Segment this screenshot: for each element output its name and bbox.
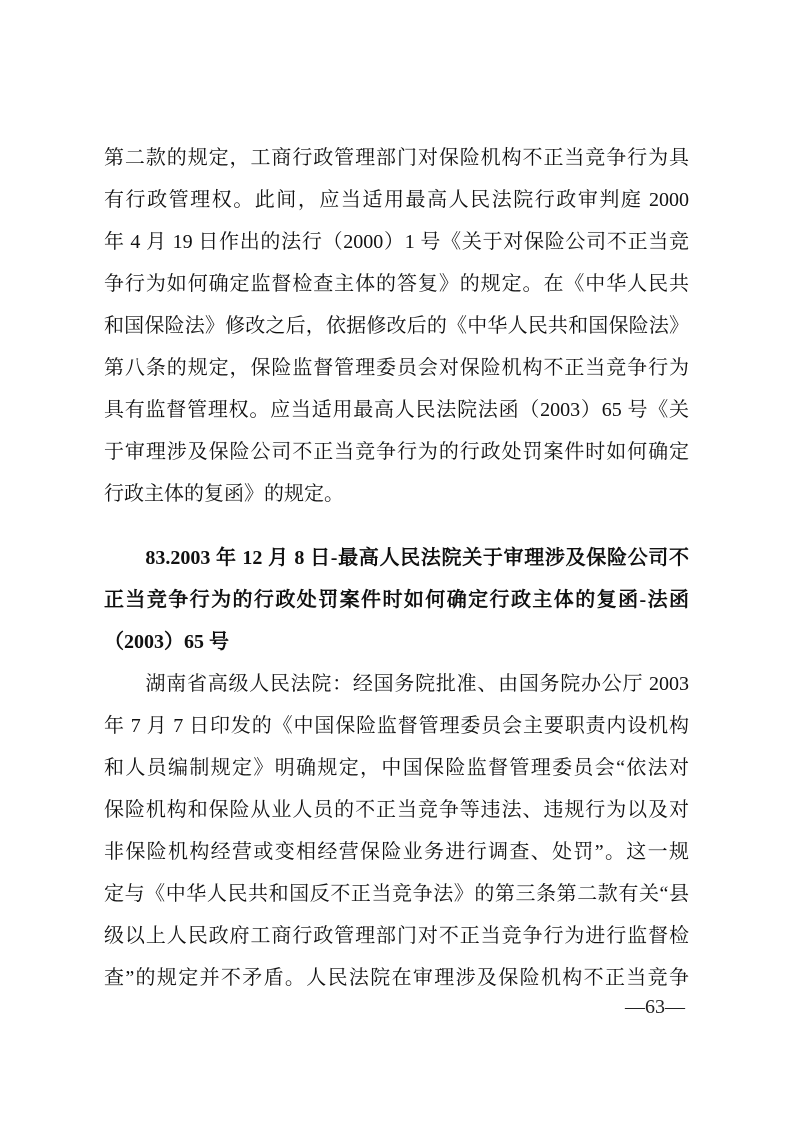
text-line: 83.2003 年 12 月 8 日-最高人民法院关于审理涉及保险公司不	[104, 537, 689, 579]
text-line: 级以上人民政府工商行政管理部门对不正当竞争行为进行监督检	[104, 915, 689, 957]
text-line: （2003）65 号	[104, 621, 689, 663]
text-line: 年 4 月 19 日作出的法行（2000）1 号《关于对保险公司不正当竞	[104, 221, 689, 263]
text-line: 定与《中华人民共和国反不正当竞争法》的第三条第二款有关“县	[104, 873, 689, 915]
text-line: 争行为如何确定监督检查主体的答复》的规定。在《中华人民共	[104, 263, 689, 305]
continuation-paragraph: 第二款的规定，工商行政管理部门对保险机构不正当竞争行为具有行政管理权。此间，应当…	[104, 137, 689, 515]
text-line: 年 7 月 7 日印发的《中国保险监督管理委员会主要职责内设机构	[104, 705, 689, 747]
text-line: 具有监督管理权。应当适用最高人民法院法函（2003）65 号《关	[104, 389, 689, 431]
reply-paragraph: 湖南省高级人民法院：经国务院批准、由国务院办公厅 2003年 7 月 7 日印发…	[104, 663, 689, 999]
text-line: 行政主体的复函》的规定。	[104, 473, 689, 515]
text-line: 保险机构和保险从业人员的不正当竞争等违法、违规行为以及对	[104, 789, 689, 831]
section-heading: 83.2003 年 12 月 8 日-最高人民法院关于审理涉及保险公司不正当竞争…	[104, 537, 689, 663]
text-line: 正当竞争行为的行政处罚案件时如何确定行政主体的复函-法函	[104, 579, 689, 621]
text-line: 和国保险法》修改之后，依据修改后的《中华人民共和国保险法》	[104, 305, 689, 347]
text-line: 有行政管理权。此间，应当适用最高人民法院行政审判庭 2000	[104, 179, 689, 221]
page-number: —63—	[625, 994, 685, 1020]
document-body: 第二款的规定，工商行政管理部门对保险机构不正当竞争行为具有行政管理权。此间，应当…	[104, 137, 689, 999]
document-page: 第二款的规定，工商行政管理部门对保险机构不正当竞争行为具有行政管理权。此间，应当…	[0, 0, 793, 1122]
text-line: 第二款的规定，工商行政管理部门对保险机构不正当竞争行为具	[104, 137, 689, 179]
text-line: 第八条的规定，保险监督管理委员会对保险机构不正当竞争行为	[104, 347, 689, 389]
text-line: 查”的规定并不矛盾。人民法院在审理涉及保险机构不正当竞争	[104, 957, 689, 999]
text-line: 非保险机构经营或变相经营保险业务进行调查、处罚”。这一规	[104, 831, 689, 873]
text-line: 和人员编制规定》明确规定，中国保险监督管理委员会“依法对	[104, 747, 689, 789]
text-line: 于审理涉及保险公司不正当竞争行为的行政处罚案件时如何确定	[104, 431, 689, 473]
text-line: 湖南省高级人民法院：经国务院批准、由国务院办公厅 2003	[104, 663, 689, 705]
